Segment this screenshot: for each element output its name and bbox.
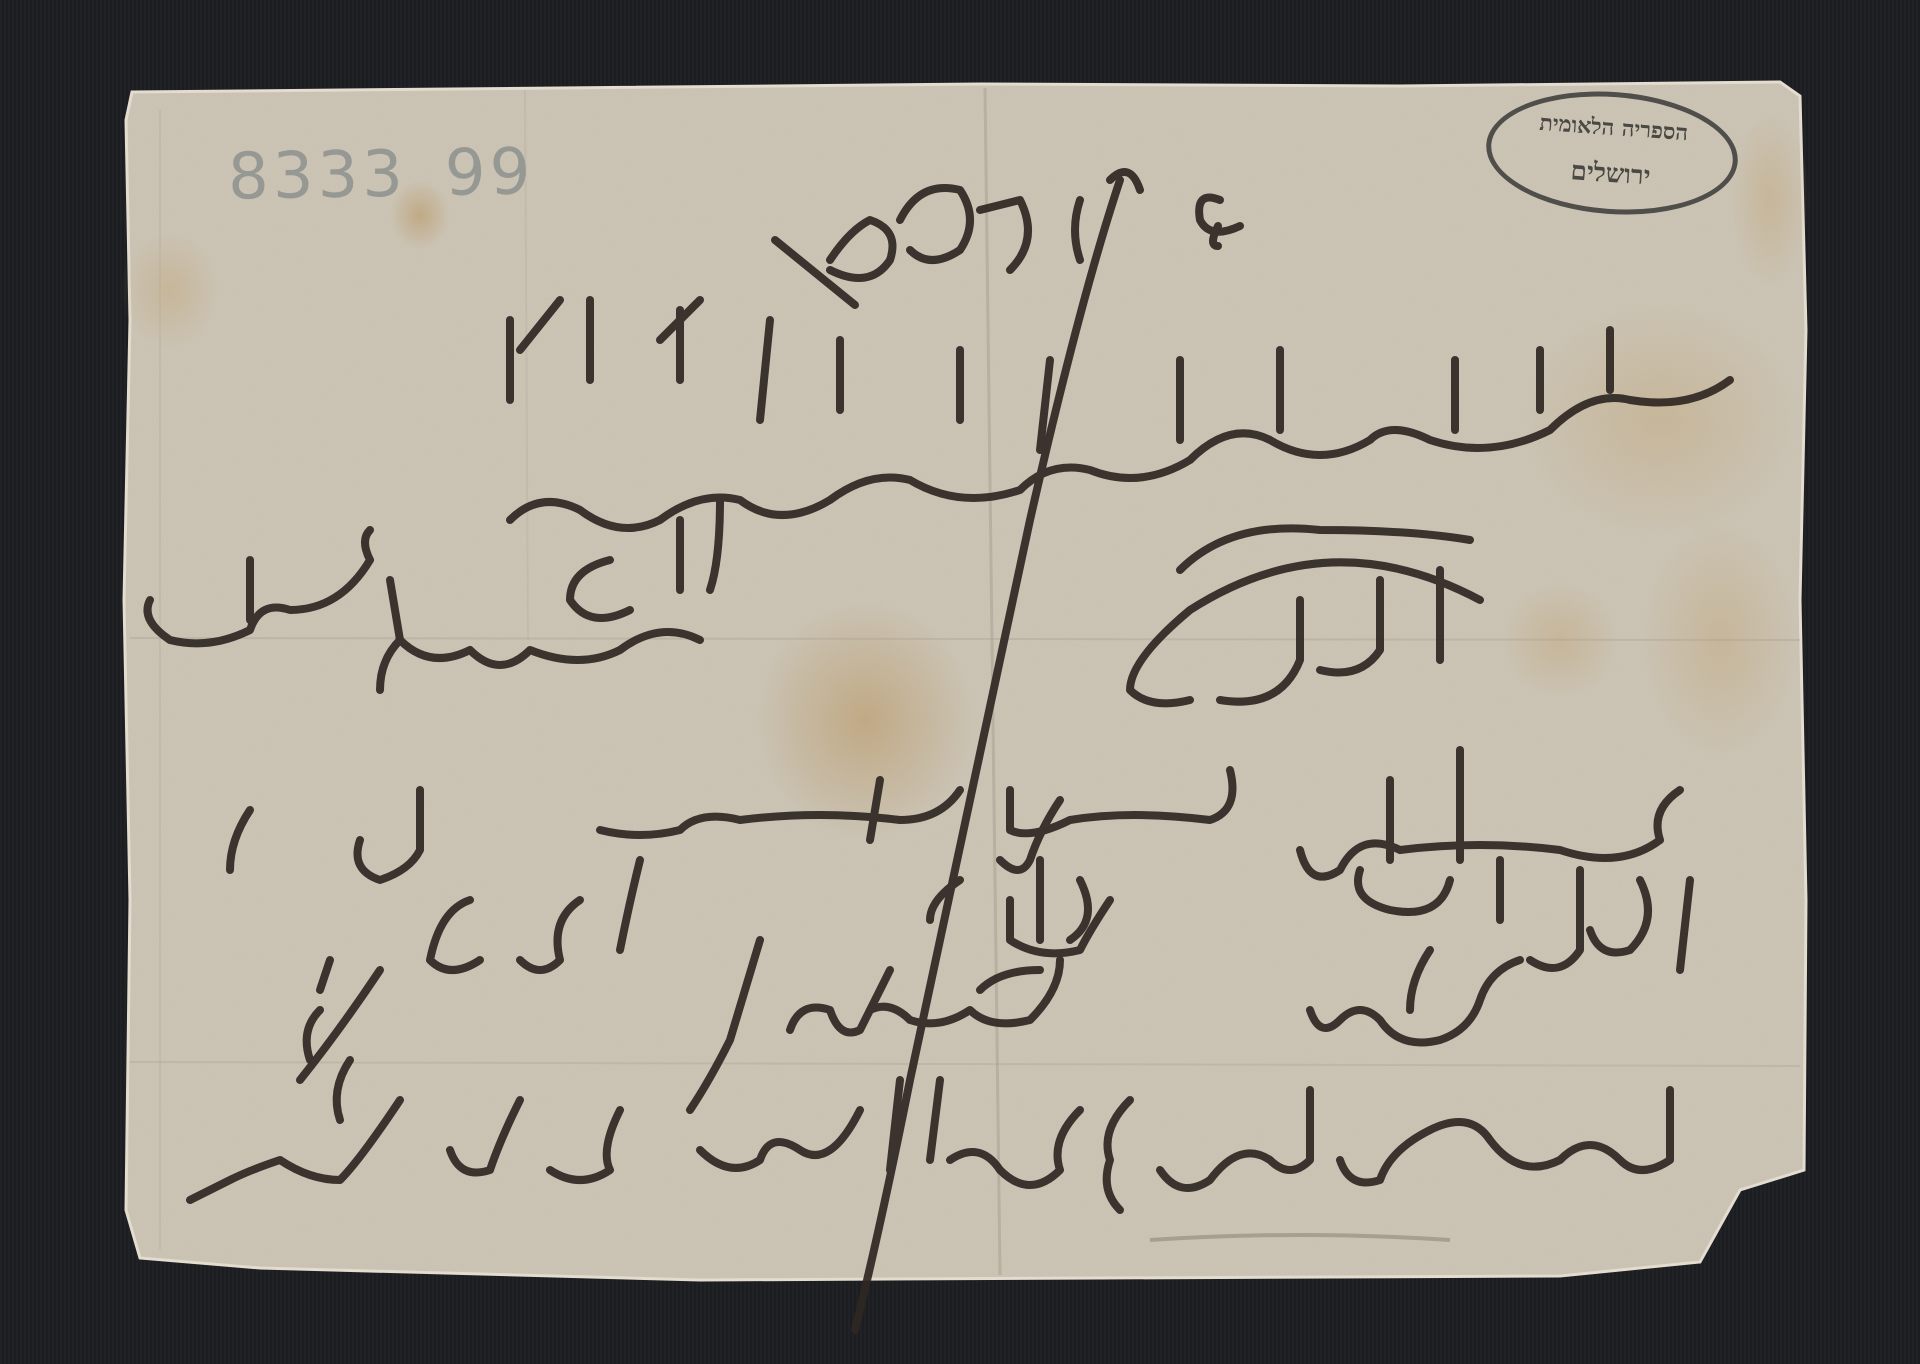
stamp-top-line: הספריה הלאומית: [1492, 107, 1735, 150]
shelfmark-part1: 8333: [227, 138, 407, 215]
shelfmark-pencil: 833399: [227, 135, 535, 214]
document-scan: 833399 הספריה הלאומית ירושלים ح بسم الله…: [0, 0, 1920, 1364]
stamp-bottom-line: ירושלים: [1489, 151, 1733, 198]
shelfmark-part2: 99: [444, 135, 535, 211]
